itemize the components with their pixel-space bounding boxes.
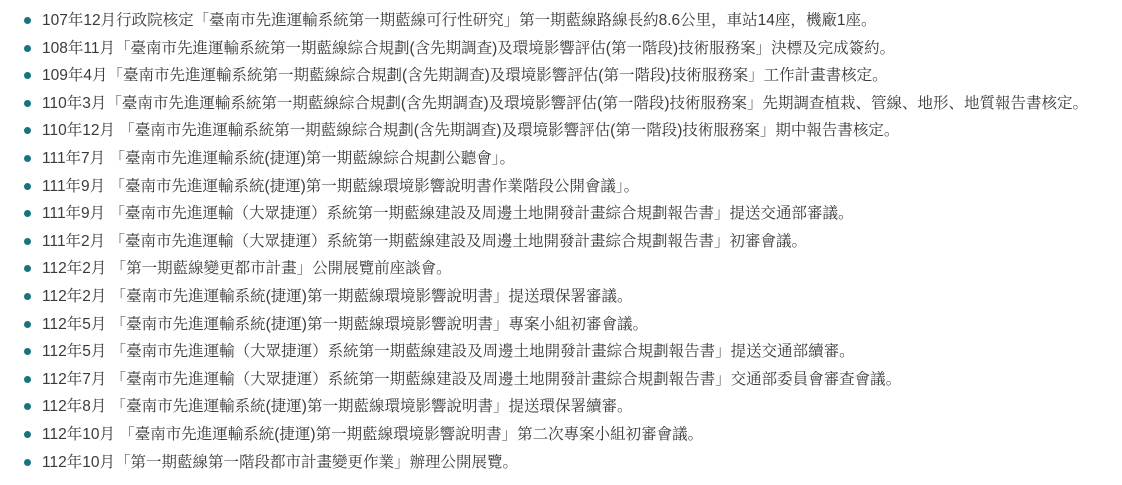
bullet-icon [24, 72, 31, 79]
bullet-icon [24, 155, 31, 162]
timeline-item: 112年7月 「臺南市先進運輸（大眾捷運）系統第一期藍線建設及周邊土地開發計畫綜… [0, 366, 1122, 394]
bullet-icon [24, 431, 31, 438]
timeline-item: 112年10月「第一期藍線第一階段都市計畫變更作業」辦理公開展覽。 [0, 449, 1122, 477]
bullet-icon [24, 348, 31, 355]
timeline-item: 110年12月 「臺南市先進運輸系統第一期藍線綜合規劃(含先期調查)及環境影響評… [0, 117, 1122, 145]
timeline-item-text: 110年3月「臺南市先進運輸系統第一期藍線綜合規劃(含先期調查)及環境影響評估(… [42, 90, 1088, 118]
timeline-item: 111年7月 「臺南市先進運輸系統(捷運)第一期藍線綜合規劃公聽會」。 [0, 145, 1122, 173]
bullet-icon [24, 293, 31, 300]
bullet-icon [24, 459, 31, 466]
timeline-item-text: 107年12月行政院核定「臺南市先進運輸系統第一期藍線可行性研究」第一期藍線路線… [42, 7, 877, 35]
timeline-item-text: 111年9月 「臺南市先進運輸系統(捷運)第一期藍線環境影響說明書作業階段公開會… [42, 173, 639, 201]
timeline-page: 107年12月行政院核定「臺南市先進運輸系統第一期藍線可行性研究」第一期藍線路線… [0, 0, 1122, 476]
bullet-icon [24, 265, 31, 272]
timeline-item: 108年11月「臺南市先進運輸系統第一期藍線綜合規劃(含先期調查)及環境影響評估… [0, 35, 1122, 63]
timeline-item-text: 112年2月 「第一期藍線變更都市計畫」公開展覽前座談會。 [42, 255, 452, 283]
bullet-icon [24, 210, 31, 217]
timeline-item: 112年5月 「臺南市先進運輸系統(捷運)第一期藍線環境影響說明書」專案小組初審… [0, 311, 1122, 339]
timeline-item-text: 112年10月 「臺南市先進運輸系統(捷運)第一期藍線環境影響說明書」第二次專案… [42, 421, 703, 449]
timeline-item-text: 112年10月「第一期藍線第一階段都市計畫變更作業」辦理公開展覽。 [42, 449, 518, 477]
timeline-item: 111年9月 「臺南市先進運輸系統(捷運)第一期藍線環境影響說明書作業階段公開會… [0, 173, 1122, 201]
bullet-icon [24, 183, 31, 190]
bullet-icon [24, 127, 31, 134]
timeline-item-text: 112年2月 「臺南市先進運輸系統(捷運)第一期藍線環境影響說明書」提送環保署審… [42, 283, 632, 311]
timeline-item: 107年12月行政院核定「臺南市先進運輸系統第一期藍線可行性研究」第一期藍線路線… [0, 7, 1122, 35]
timeline-list: 107年12月行政院核定「臺南市先進運輸系統第一期藍線可行性研究」第一期藍線路線… [0, 7, 1122, 476]
timeline-item: 112年8月 「臺南市先進運輸系統(捷運)第一期藍線環境影響說明書」提送環保署續… [0, 393, 1122, 421]
timeline-item: 112年2月 「臺南市先進運輸系統(捷運)第一期藍線環境影響說明書」提送環保署審… [0, 283, 1122, 311]
timeline-item-text: 108年11月「臺南市先進運輸系統第一期藍線綜合規劃(含先期調查)及環境影響評估… [42, 35, 895, 63]
timeline-item: 109年4月「臺南市先進運輸系統第一期藍線綜合規劃(含先期調查)及環境影響評估(… [0, 62, 1122, 90]
timeline-item-text: 111年2月 「臺南市先進運輸（大眾捷運）系統第一期藍線建設及周邊土地開發計畫綜… [42, 228, 807, 256]
timeline-item-text: 112年5月 「臺南市先進運輸系統(捷運)第一期藍線環境影響說明書」專案小組初審… [42, 311, 648, 339]
timeline-item-text: 111年7月 「臺南市先進運輸系統(捷運)第一期藍線綜合規劃公聽會」。 [42, 145, 515, 173]
timeline-item: 111年9月 「臺南市先進運輸（大眾捷運）系統第一期藍線建設及周邊土地開發計畫綜… [0, 200, 1122, 228]
timeline-item: 111年2月 「臺南市先進運輸（大眾捷運）系統第一期藍線建設及周邊土地開發計畫綜… [0, 228, 1122, 256]
timeline-item-text: 112年7月 「臺南市先進運輸（大眾捷運）系統第一期藍線建設及周邊土地開發計畫綜… [42, 366, 901, 394]
timeline-item-text: 110年12月 「臺南市先進運輸系統第一期藍線綜合規劃(含先期調查)及環境影響評… [42, 117, 899, 145]
timeline-item: 112年10月 「臺南市先進運輸系統(捷運)第一期藍線環境影響說明書」第二次專案… [0, 421, 1122, 449]
timeline-item: 112年2月 「第一期藍線變更都市計畫」公開展覽前座談會。 [0, 255, 1122, 283]
timeline-item-text: 112年5月 「臺南市先進運輸（大眾捷運）系統第一期藍線建設及周邊土地開發計畫綜… [42, 338, 855, 366]
timeline-item-text: 111年9月 「臺南市先進運輸（大眾捷運）系統第一期藍線建設及周邊土地開發計畫綜… [42, 200, 854, 228]
timeline-item-text: 109年4月「臺南市先進運輸系統第一期藍線綜合規劃(含先期調查)及環境影響評估(… [42, 62, 888, 90]
bullet-icon [24, 17, 31, 24]
bullet-icon [24, 45, 31, 52]
timeline-item: 112年5月 「臺南市先進運輸（大眾捷運）系統第一期藍線建設及周邊土地開發計畫綜… [0, 338, 1122, 366]
bullet-icon [24, 238, 31, 245]
bullet-icon [24, 376, 31, 383]
timeline-item-text: 112年8月 「臺南市先進運輸系統(捷運)第一期藍線環境影響說明書」提送環保署續… [42, 393, 632, 421]
timeline-item: 110年3月「臺南市先進運輸系統第一期藍線綜合規劃(含先期調查)及環境影響評估(… [0, 90, 1122, 118]
bullet-icon [24, 321, 31, 328]
bullet-icon [24, 100, 31, 107]
bullet-icon [24, 403, 31, 410]
